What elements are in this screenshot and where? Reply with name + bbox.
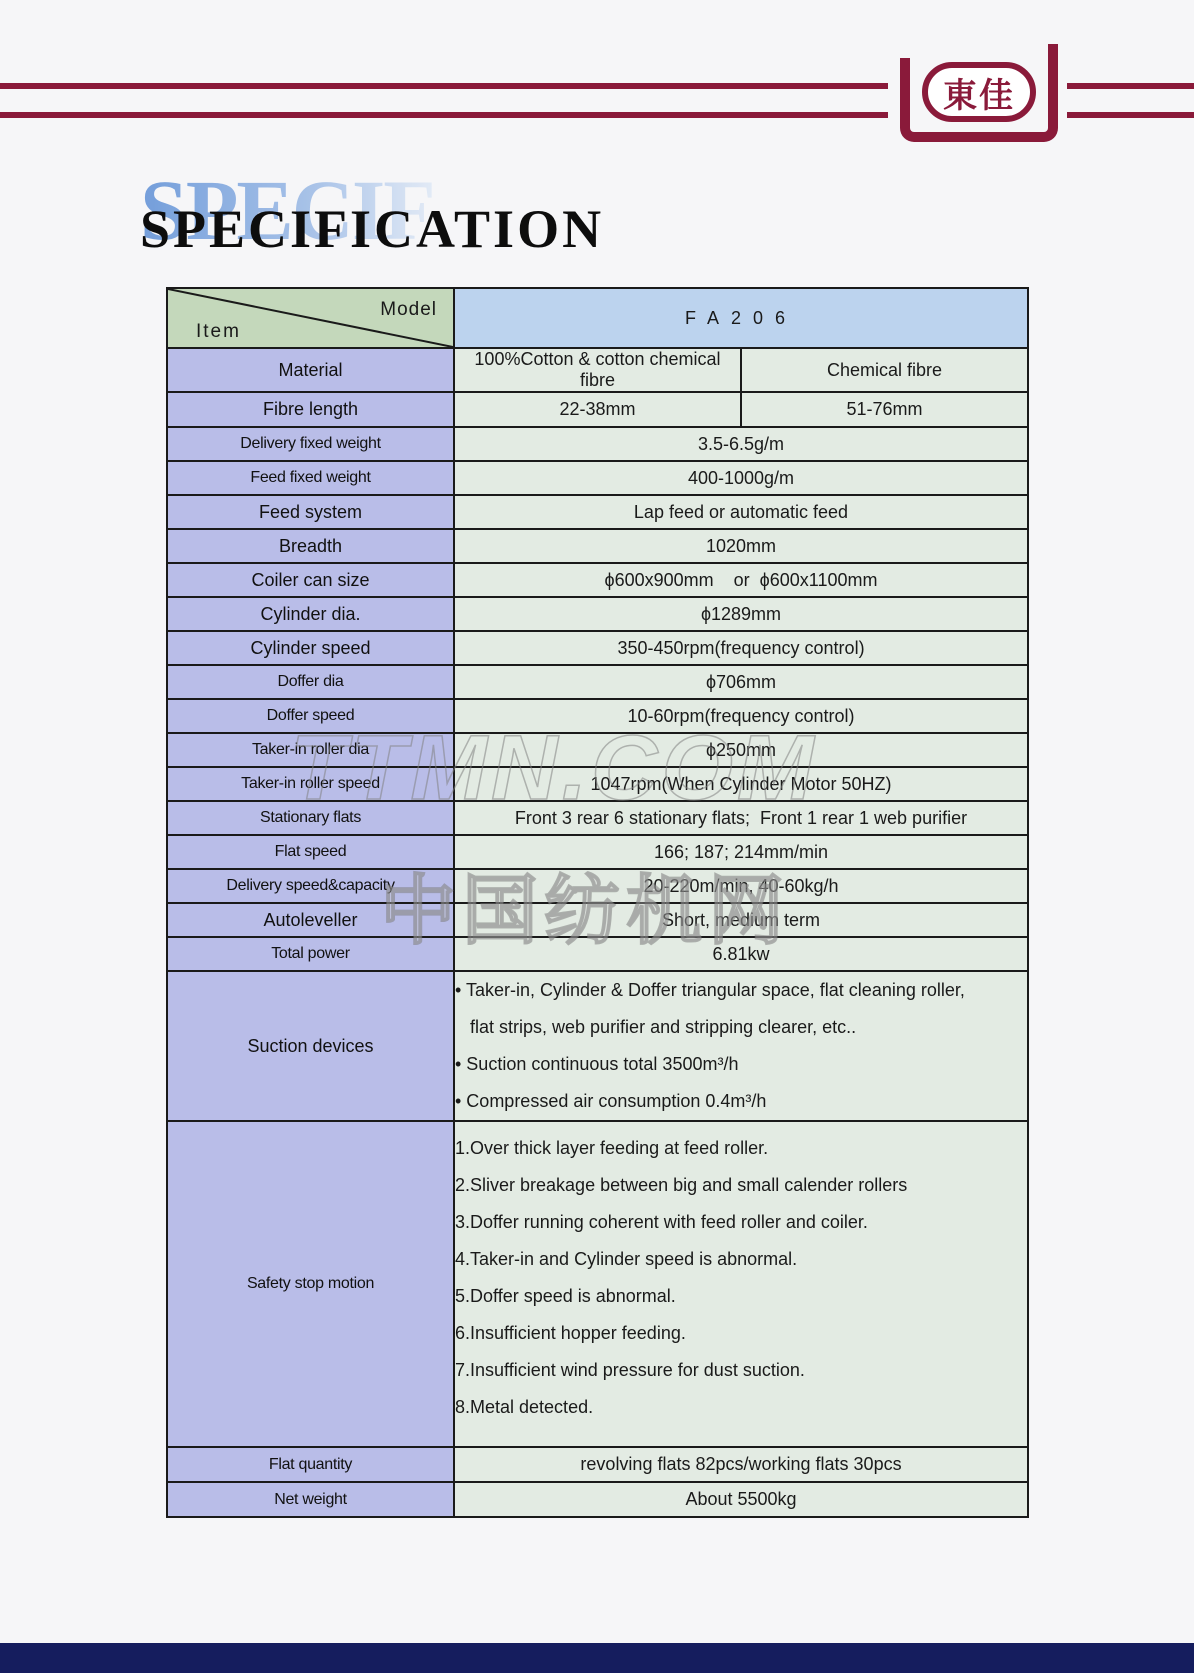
- row-value: 400-1000g/m: [454, 461, 1028, 495]
- row-value: About 5500kg: [454, 1482, 1028, 1517]
- corner-item-label: Item: [196, 321, 241, 343]
- table-header-row: Model Item FA206: [167, 288, 1028, 348]
- row-label: Feed fixed weight: [167, 461, 454, 495]
- table-row: Taker-in roller speed1047rpm(When Cylind…: [167, 767, 1028, 801]
- row-label: Doffer speed: [167, 699, 454, 733]
- table-row: Doffer speed10-60rpm(frequency control): [167, 699, 1028, 733]
- list-item: 8.Metal detected.: [455, 1389, 1027, 1426]
- row-label: Coiler can size: [167, 563, 454, 597]
- row-label: Total power: [167, 937, 454, 971]
- table-row: Stationary flatsFront 3 rear 6 stationar…: [167, 801, 1028, 835]
- table-row: Material 100%Cotton & cotton chemical fi…: [167, 348, 1028, 392]
- table-row-safety: Safety stop motion 1.Over thick layer fe…: [167, 1121, 1028, 1447]
- row-label: Cylinder dia.: [167, 597, 454, 631]
- corner-header-cell: Model Item: [167, 288, 454, 348]
- row-value: ϕ706mm: [454, 665, 1028, 699]
- row-label: Cylinder speed: [167, 631, 454, 665]
- row-value: ϕ600x900mm or ϕ600x1100mm: [454, 563, 1028, 597]
- row-value: ϕ1289mm: [454, 597, 1028, 631]
- table-row: Fibre length 22-38mm 51-76mm: [167, 392, 1028, 427]
- header-rule-top-right: [1067, 83, 1194, 89]
- row-label: Doffer dia: [167, 665, 454, 699]
- list-item: flat strips, web purifier and stripping …: [455, 1009, 1027, 1046]
- row-value: Front 3 rear 6 stationary flats; Front 1…: [454, 801, 1028, 835]
- company-logo: 東佳: [900, 44, 1058, 144]
- row-label: Delivery speed&capacity: [167, 869, 454, 903]
- list-item: • Compressed air consumption 0.4m³/h: [455, 1083, 1027, 1120]
- row-label: Net weight: [167, 1482, 454, 1517]
- table-row: Coiler can sizeϕ600x900mm or ϕ600x1100mm: [167, 563, 1028, 597]
- table-row: Doffer diaϕ706mm: [167, 665, 1028, 699]
- header-rule-top: [0, 83, 888, 89]
- row-value: ϕ250mm: [454, 733, 1028, 767]
- table-row: Delivery fixed weight3.5-6.5g/m: [167, 427, 1028, 461]
- row-value: 1020mm: [454, 529, 1028, 563]
- row-value: 100%Cotton & cotton chemical fibre: [454, 348, 741, 392]
- row-label: Taker-in roller dia: [167, 733, 454, 767]
- list-item: • Taker-in, Cylinder & Doffer triangular…: [455, 972, 1027, 1009]
- header-rule-bottom-right: [1067, 112, 1194, 118]
- list-item: 1.Over thick layer feeding at feed rolle…: [455, 1130, 1027, 1167]
- row-label: Material: [167, 348, 454, 392]
- list-item: 3.Doffer running coherent with feed roll…: [455, 1204, 1027, 1241]
- row-label: Feed system: [167, 495, 454, 529]
- model-name: FA206: [454, 288, 1028, 348]
- table-row: Net weight About 5500kg: [167, 1482, 1028, 1517]
- table-row: Flat speed166; 187; 214mm/min: [167, 835, 1028, 869]
- table-row: Cylinder dia.ϕ1289mm: [167, 597, 1028, 631]
- row-label: Fibre length: [167, 392, 454, 427]
- table-row: AutolevellerShort, medium term: [167, 903, 1028, 937]
- row-label: Breadth: [167, 529, 454, 563]
- list-item: 6.Insufficient hopper feeding.: [455, 1315, 1027, 1352]
- list-item: 2.Sliver breakage between big and small …: [455, 1167, 1027, 1204]
- row-value: 20-220m/min, 40-60kg/h: [454, 869, 1028, 903]
- row-value: 6.81kw: [454, 937, 1028, 971]
- table-row: Feed fixed weight400-1000g/m: [167, 461, 1028, 495]
- row-label: Delivery fixed weight: [167, 427, 454, 461]
- row-label: Flat speed: [167, 835, 454, 869]
- table-row: Feed systemLap feed or automatic feed: [167, 495, 1028, 529]
- row-value: Lap feed or automatic feed: [454, 495, 1028, 529]
- row-value: 166; 187; 214mm/min: [454, 835, 1028, 869]
- spec-table: Model Item FA206 Material 100%Cotton & c…: [166, 287, 1029, 1518]
- list-item: • Suction continuous total 3500m³/h: [455, 1046, 1027, 1083]
- table-row: Flat quantity revolving flats 82pcs/work…: [167, 1447, 1028, 1482]
- row-value: 1047rpm(When Cylinder Motor 50HZ): [454, 767, 1028, 801]
- header-rule-bottom: [0, 112, 888, 118]
- list-item: 5.Doffer speed is abnormal.: [455, 1278, 1027, 1315]
- row-label: Autoleveller: [167, 903, 454, 937]
- row-value: 22-38mm: [454, 392, 741, 427]
- list-item: 7.Insufficient wind pressure for dust su…: [455, 1352, 1027, 1389]
- footer-bar: [0, 1643, 1194, 1673]
- table-row: Taker-in roller diaϕ250mm: [167, 733, 1028, 767]
- row-value: 350-450rpm(frequency control): [454, 631, 1028, 665]
- row-label: Stationary flats: [167, 801, 454, 835]
- row-value: Short, medium term: [454, 903, 1028, 937]
- logo-text: 東佳: [922, 62, 1036, 122]
- table-row: Cylinder speed350-450rpm(frequency contr…: [167, 631, 1028, 665]
- table-row-suction: Suction devices • Taker-in, Cylinder & D…: [167, 971, 1028, 1121]
- row-label: Safety stop motion: [167, 1121, 454, 1447]
- row-value: 10-60rpm(frequency control): [454, 699, 1028, 733]
- safety-list: 1.Over thick layer feeding at feed rolle…: [454, 1121, 1028, 1447]
- page-title-block: SPECIF SPECIFICATION: [140, 160, 700, 260]
- row-label: Suction devices: [167, 971, 454, 1121]
- table-row: Delivery speed&capacity20-220m/min, 40-6…: [167, 869, 1028, 903]
- row-label: Taker-in roller speed: [167, 767, 454, 801]
- row-value: revolving flats 82pcs/working flats 30pc…: [454, 1447, 1028, 1482]
- row-label: Flat quantity: [167, 1447, 454, 1482]
- row-value: 51-76mm: [741, 392, 1028, 427]
- suction-list: • Taker-in, Cylinder & Doffer triangular…: [454, 971, 1028, 1121]
- table-row: Breadth1020mm: [167, 529, 1028, 563]
- corner-model-label: Model: [380, 299, 437, 321]
- list-item: 4.Taker-in and Cylinder speed is abnorma…: [455, 1241, 1027, 1278]
- row-value: Chemical fibre: [741, 348, 1028, 392]
- page-title: SPECIFICATION: [140, 198, 604, 260]
- row-value: 3.5-6.5g/m: [454, 427, 1028, 461]
- table-row: Total power6.81kw: [167, 937, 1028, 971]
